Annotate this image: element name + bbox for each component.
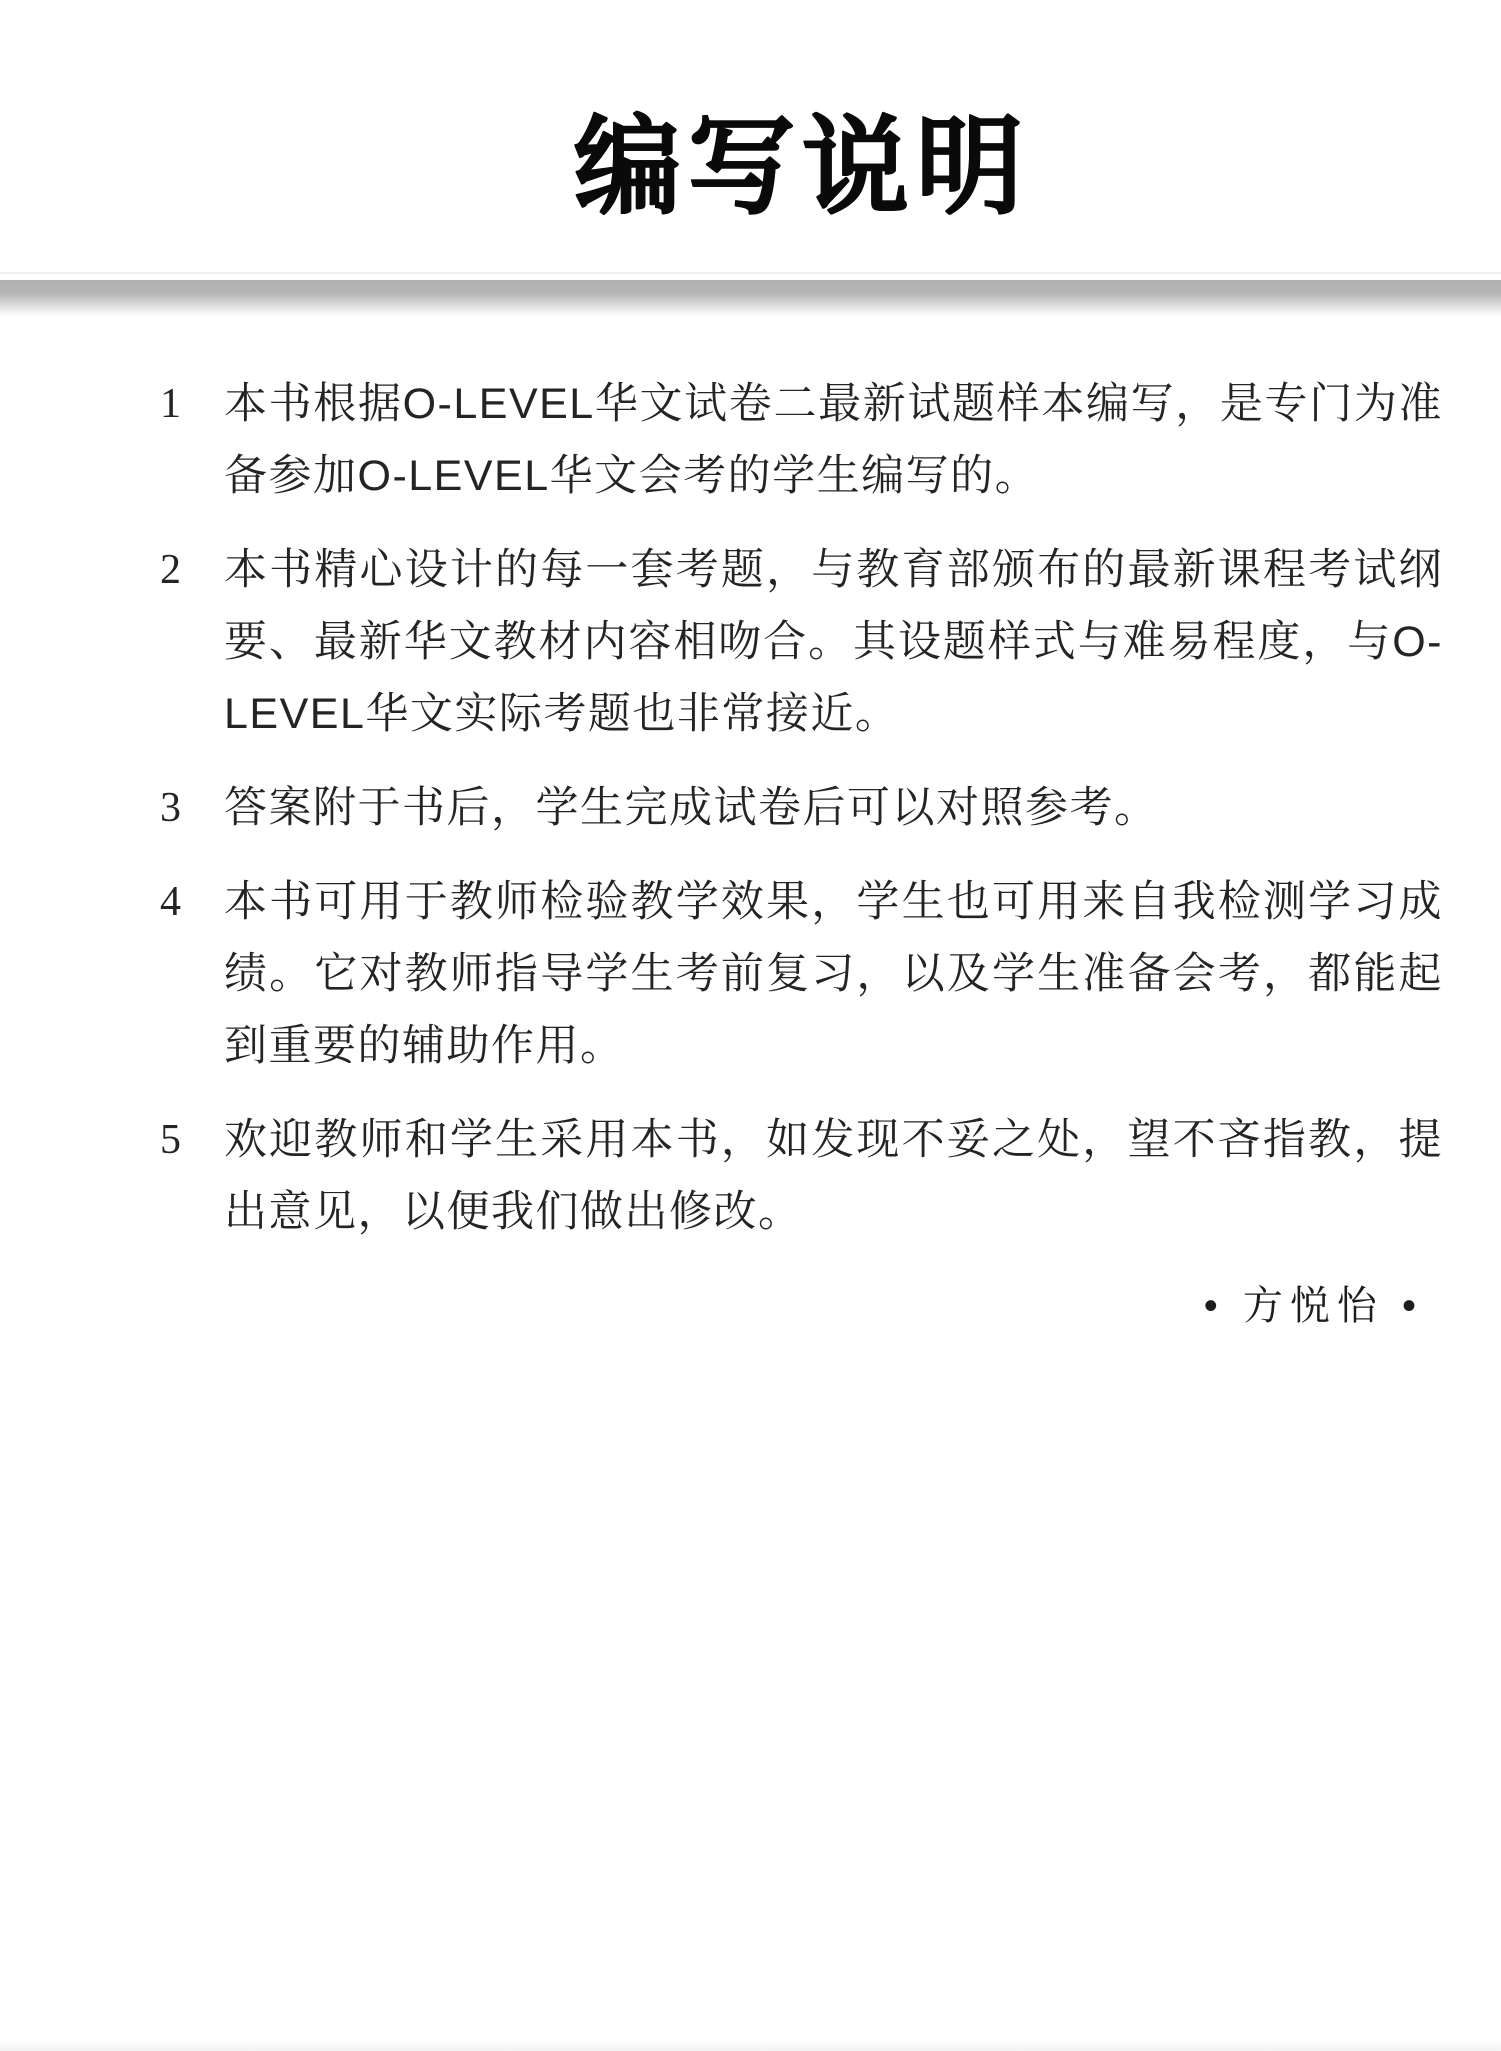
paragraph-text: 本书根据O-LEVEL华文试卷二最新试题样本编写，是专门为准备参加O-LEVEL… <box>224 368 1443 512</box>
title-divider-bar <box>0 280 1501 316</box>
paragraph-number: 1 <box>160 368 224 440</box>
paragraph-text: 答案附于书后，学生完成试卷后可以对照参考。 <box>224 772 1443 844</box>
paragraph-number: 5 <box>160 1104 224 1176</box>
paragraph-item: 3 答案附于书后，学生完成试卷后可以对照参考。 <box>160 772 1443 844</box>
page-bottom-shading <box>0 2039 1501 2051</box>
page-title: 编写说明 <box>573 110 1029 228</box>
title-hairline <box>0 272 1501 274</box>
title-block: 编写说明 <box>160 110 1443 228</box>
preface-body: 1 本书根据O-LEVEL华文试卷二最新试题样本编写，是专门为准备参加O-LEV… <box>160 368 1443 1342</box>
paragraph-number: 4 <box>160 866 224 938</box>
paragraph-item: 1 本书根据O-LEVEL华文试卷二最新试题样本编写，是专门为准备参加O-LEV… <box>160 368 1443 512</box>
paragraph-item: 5 欢迎教师和学生采用本书，如发现不妥之处，望不吝指教，提出意见，以便我们做出修… <box>160 1104 1443 1248</box>
paragraph-number: 3 <box>160 772 224 844</box>
paragraph-number: 2 <box>160 534 224 606</box>
paragraph-text: 本书可用于教师检验教学效果，学生也可用来自我检测学习成绩。它对教师指导学生考前复… <box>224 866 1443 1082</box>
paragraph-text: 本书精心设计的每一套考题，与教育部颁布的最新课程考试纲要、最新华文教材内容相吻合… <box>224 534 1443 750</box>
paragraph-text: 欢迎教师和学生采用本书，如发现不妥之处，望不吝指教，提出意见，以便我们做出修改。 <box>224 1104 1443 1248</box>
paragraph-item: 2 本书精心设计的每一套考题，与教育部颁布的最新课程考试纲要、最新华文教材内容相… <box>160 534 1443 750</box>
author-signature: • 方悦怡 • <box>160 1270 1443 1342</box>
paragraph-item: 4 本书可用于教师检验教学效果，学生也可用来自我检测学习成绩。它对教师指导学生考… <box>160 866 1443 1082</box>
